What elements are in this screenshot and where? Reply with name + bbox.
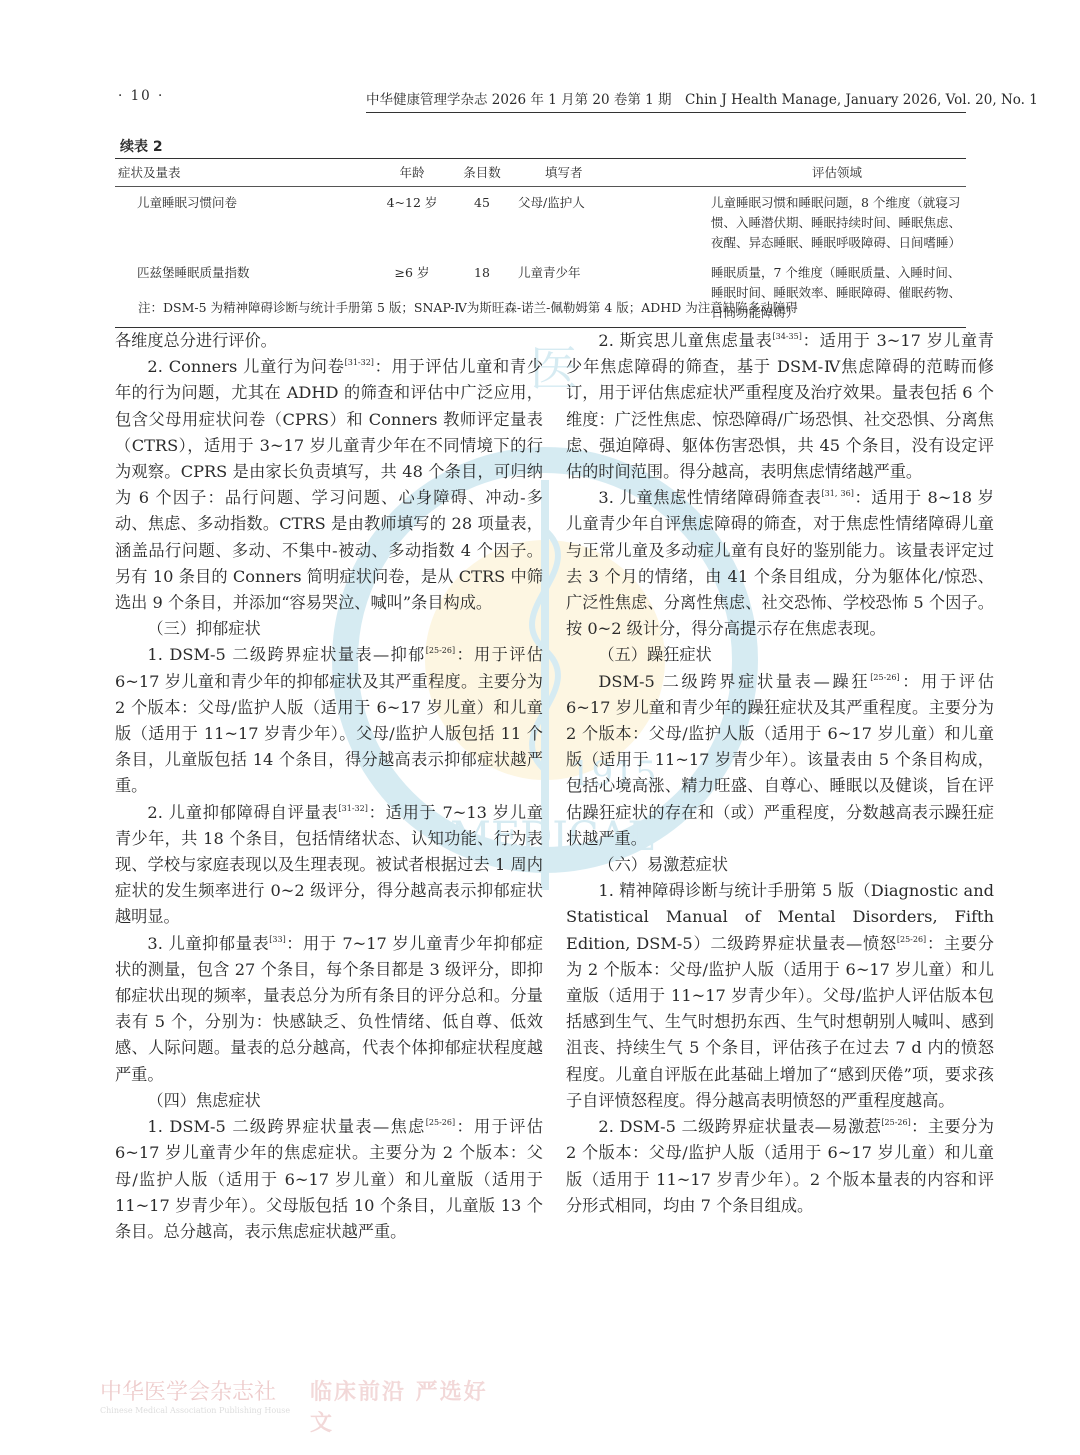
section-heading-depression: （三）抑郁症状 [115, 616, 543, 642]
publisher-name: 中华医学会杂志社 [100, 1380, 276, 1405]
item-title: 1. DSM-5 二级跨界症状量表—焦虑 [147, 1117, 425, 1136]
paragraph-scas: 2. 斯宾思儿童焦虑量表[34-35]：适用于 3~17 岁儿童青少年焦虑障碍的… [566, 328, 994, 485]
item-title: 3. 儿童焦虑性情绪障碍筛查表 [598, 488, 821, 507]
paragraph-dsm5-depression: 1. DSM-5 二级跨界症状量表—抑郁[25-26]：用于评估 6~17 岁儿… [115, 642, 543, 799]
brand-watermark: 临床前沿 严选好文 [310, 1375, 500, 1437]
citation: [25-26] [897, 935, 926, 944]
section-heading-anxiety: （四）焦虑症状 [115, 1088, 543, 1114]
table-caption: 续表 2 [120, 136, 163, 156]
col-header-domain: 评估领域 [683, 159, 966, 187]
table-row: 儿童睡眠习惯问卷 4~12 岁 45 父母/监护人 儿童睡眠习惯和睡眠问题，8 … [115, 187, 966, 258]
citation: [25-26] [426, 646, 455, 655]
table-row: 匹兹堡睡眠质量指数 ≥6 岁 18 儿童青少年 睡眠质量，7 个维度（睡眠质量、… [115, 257, 966, 328]
paragraph-cdi: 3. 儿童抑郁量表[33]：用于 7~17 岁儿童青少年抑郁症状的测量，包含 2… [115, 931, 543, 1088]
item-title: 2. 儿童抑郁障碍自评量表 [147, 803, 338, 822]
paragraph-dsm5-irritability: 2. DSM-5 二级跨界症状量表—易激惹[25-26]：主要分为 2 个版本：… [566, 1114, 994, 1219]
cell-items: 45 [449, 187, 515, 258]
paragraph-dsm5-mania: DSM-5 二级跨界症状量表—躁狂[25-26]：用于评估 6~17 岁儿童和青… [566, 669, 994, 852]
cell-age: ≥6 岁 [375, 257, 449, 328]
citation: [25-26] [426, 1118, 455, 1127]
paragraph-conners: 2. Conners 儿童行为问卷[31-32]：用于评估儿童和青少年的行为问题… [115, 354, 543, 616]
citation: [31-32] [345, 358, 374, 367]
citation: [34-35] [773, 332, 802, 341]
item-title: 1. DSM-5 二级跨界症状量表—抑郁 [147, 645, 425, 664]
table-footnote: 注：DSM-5 为精神障碍诊断与统计手册第 5 版；SNAP-Ⅳ为斯旺森-诺兰-… [138, 298, 798, 316]
cell-items: 18 [449, 257, 515, 328]
citation: [31, 36] [822, 489, 854, 498]
cell-filler: 儿童青少年 [515, 257, 683, 328]
col-header-scale: 症状及量表 [115, 159, 375, 187]
citation: [25-26] [881, 1118, 910, 1127]
cell-scale: 儿童睡眠习惯问卷 [115, 187, 375, 258]
paragraph-scared: 3. 儿童焦虑性情绪障碍筛查表[31, 36]：适用于 8~18 岁儿童青少年自… [566, 485, 994, 642]
citation: [31-32] [339, 804, 368, 813]
left-column: 各维度总分进行评价。 2. Conners 儿童行为问卷[31-32]：用于评估… [115, 328, 543, 1245]
journal-running-head: 中华健康管理学杂志 2026 年 1 月第 20 卷第 1 期 Chin J H… [366, 88, 966, 113]
page-header: · 10 · 中华健康管理学杂志 2026 年 1 月第 20 卷第 1 期 C… [118, 86, 966, 110]
table-header-row: 症状及量表 年龄 条目数 填写者 评估领域 [115, 159, 966, 187]
col-header-filler: 填写者 [515, 159, 683, 187]
paragraph-dsrsc: 2. 儿童抑郁障碍自评量表[31-32]：适用于 7~13 岁儿童青少年，共 1… [115, 800, 543, 931]
item-title: 2. DSM-5 二级跨界症状量表—易激惹 [598, 1117, 881, 1136]
col-header-age: 年龄 [375, 159, 449, 187]
section-heading-mania: （五）躁狂症状 [566, 642, 994, 668]
paragraph-dsm5-anger: 1. 精神障碍诊断与统计手册第 5 版（Diagnostic and Stati… [566, 878, 994, 1114]
paragraph-dsm5-anxiety: 1. DSM-5 二级跨界症状量表—焦虑[25-26]：用于评估 6~17 岁儿… [115, 1114, 543, 1245]
col-header-items: 条目数 [449, 159, 515, 187]
citation: [25-26] [870, 673, 899, 682]
item-title: 3. 儿童抑郁量表 [147, 934, 269, 953]
cell-domain: 睡眠质量，7 个维度（睡眠质量、入睡时间、睡眠时间、睡眠效率、睡眠障碍、催眠药物… [683, 257, 966, 328]
item-title: DSM-5 二级跨界症状量表—躁狂 [598, 672, 870, 691]
item-title: 2. 斯宾思儿童焦虑量表 [598, 331, 772, 350]
publisher-watermark: 中华医学会杂志社 Chinese Medical Association Pub… [100, 1375, 500, 1415]
page-number: · 10 · [118, 88, 164, 104]
cell-filler: 父母/监护人 [515, 187, 683, 258]
right-column: 2. 斯宾思儿童焦虑量表[34-35]：适用于 3~17 岁儿童青少年焦虑障碍的… [566, 328, 994, 1219]
cell-scale: 匹兹堡睡眠质量指数 [115, 257, 375, 328]
cell-age: 4~12 岁 [375, 187, 449, 258]
section-heading-irritability: （六）易激惹症状 [566, 852, 994, 878]
item-title: 2. Conners 儿童行为问卷 [147, 357, 344, 376]
cell-domain: 儿童睡眠习惯和睡眠问题，8 个维度（就寝习惯、入睡潜伏期、睡眠持续时间、睡眠焦虑… [683, 187, 966, 258]
citation: [33] [269, 935, 285, 944]
paragraph: 各维度总分进行评价。 [115, 328, 543, 354]
